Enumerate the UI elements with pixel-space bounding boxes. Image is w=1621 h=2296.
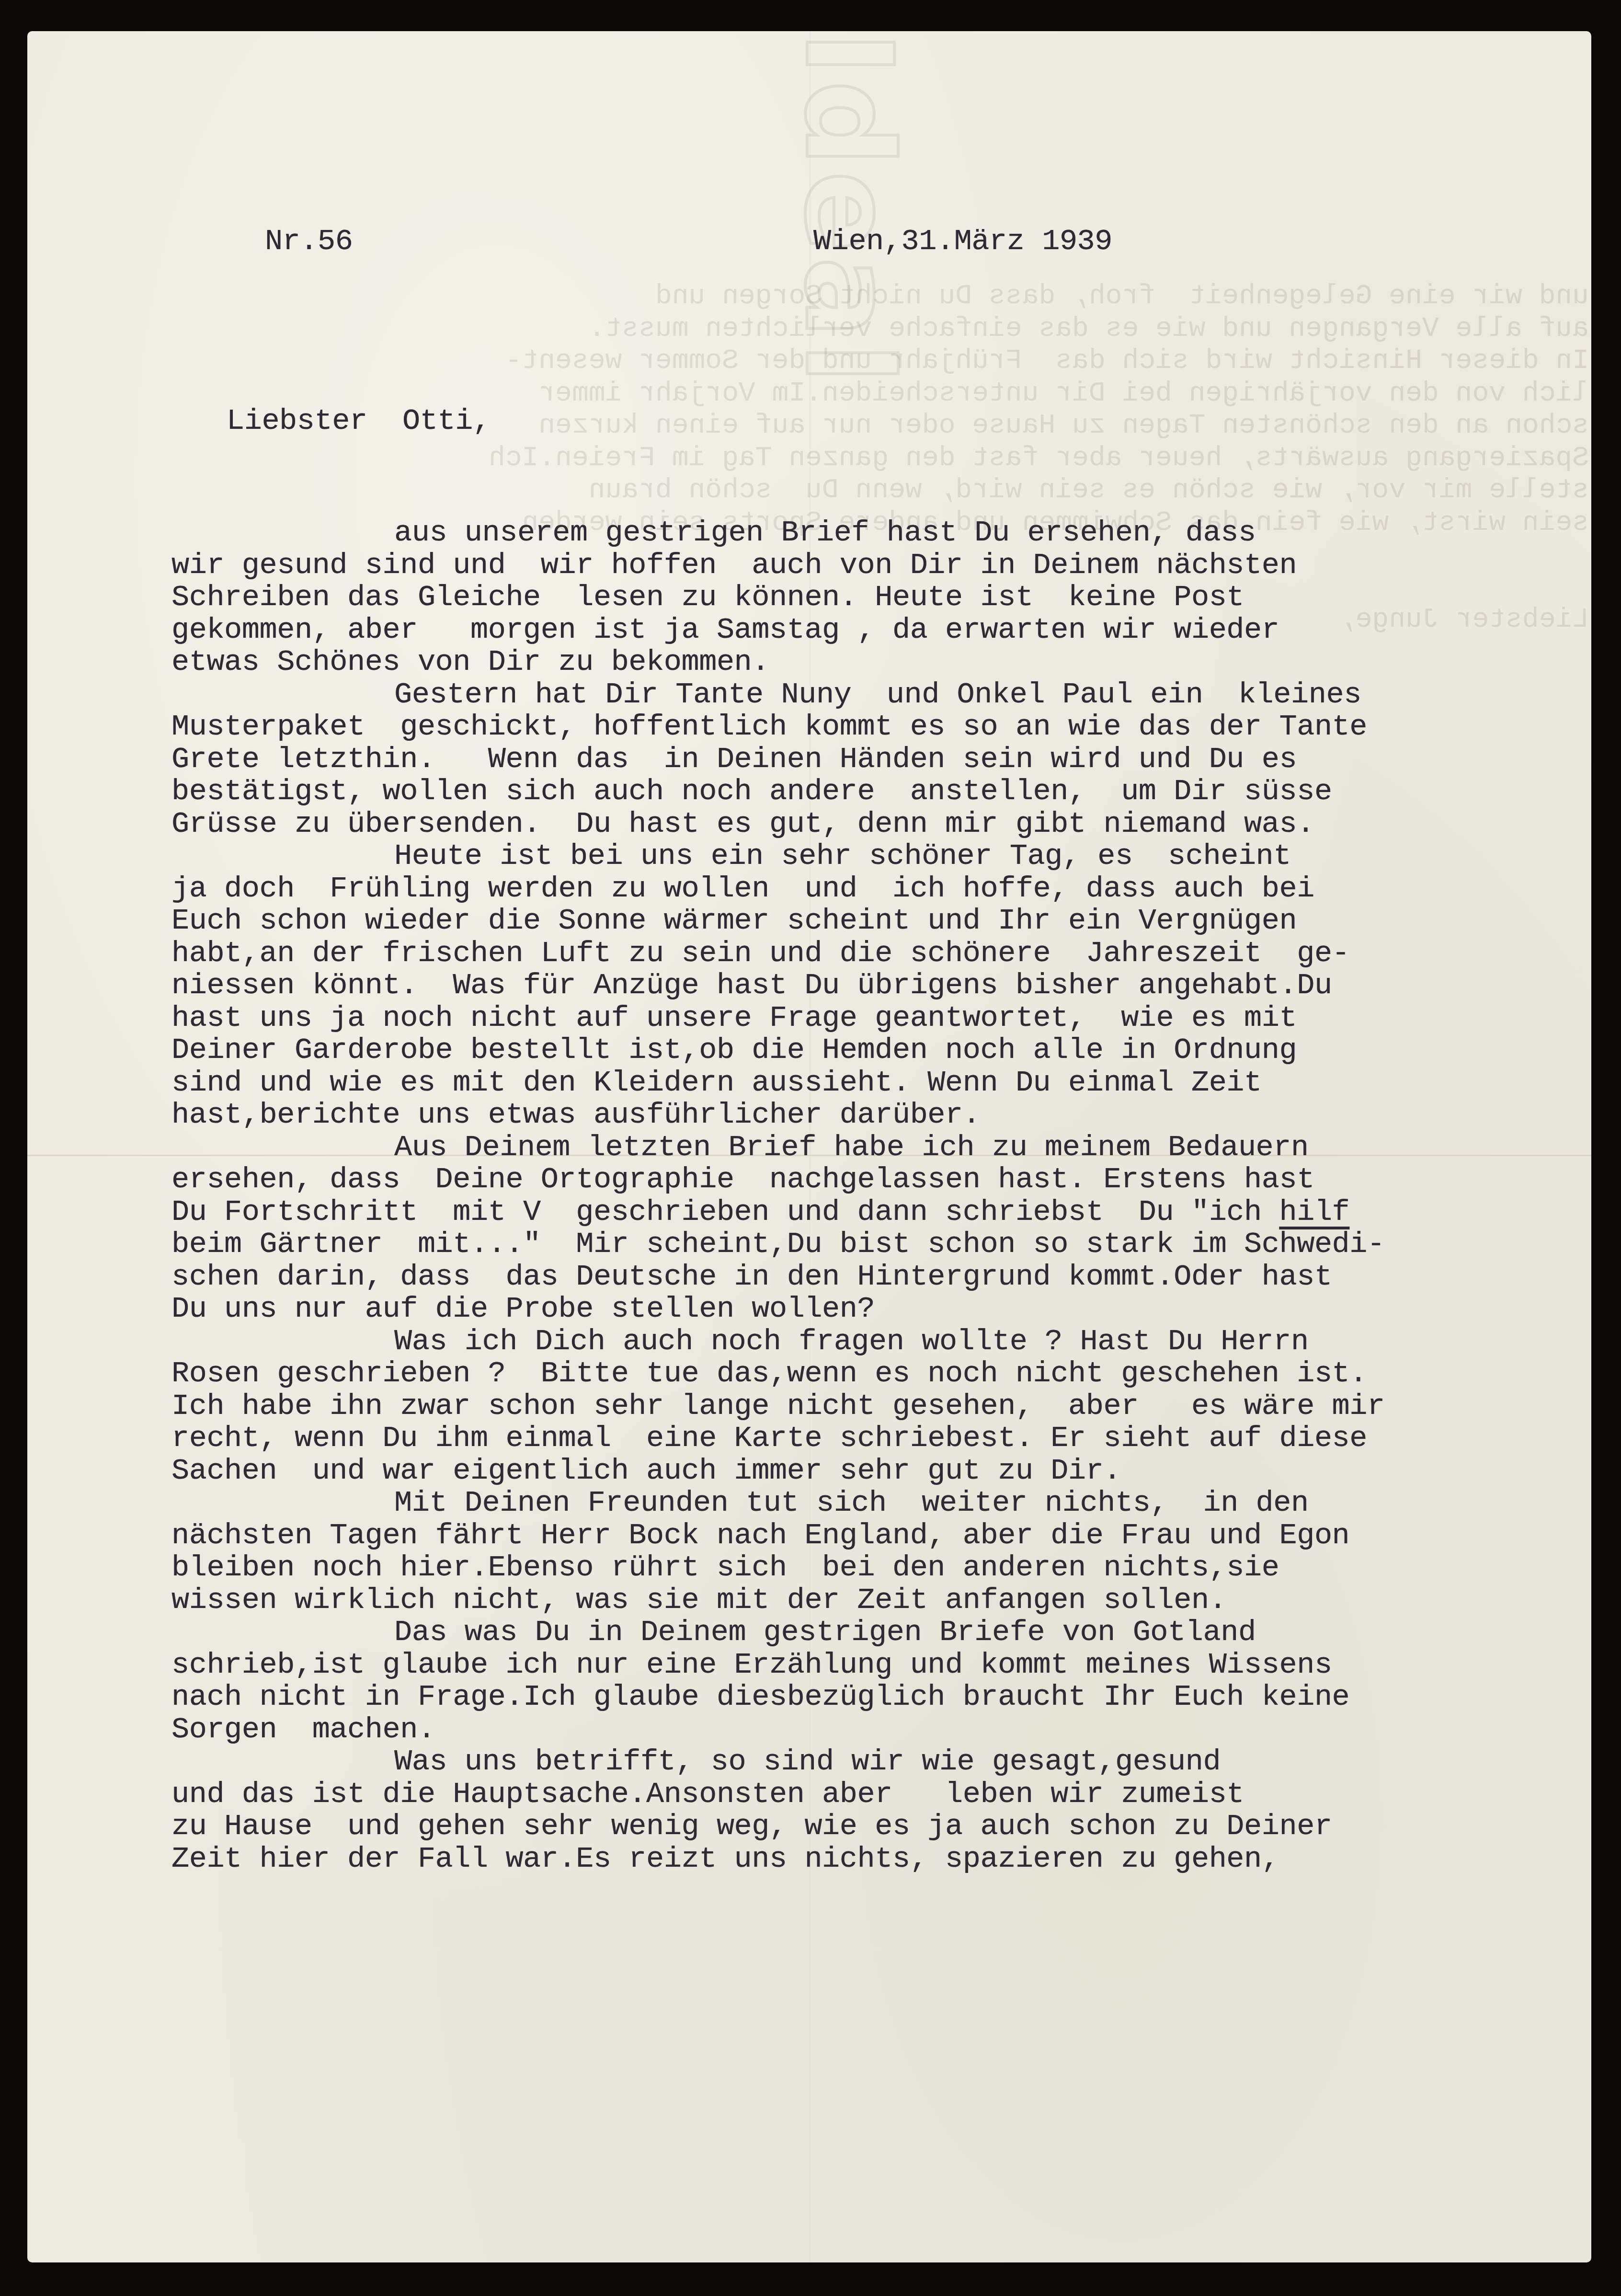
letter-line: Musterpaket geschickt, hoffentlich kommt… bbox=[171, 711, 1561, 743]
letter-line: hast,berichte uns etwas ausführlicher da… bbox=[171, 1099, 1561, 1131]
letter-line: recht, wenn Du ihm einmal eine Karte sch… bbox=[171, 1422, 1561, 1455]
bleed-through-line: auf alle Vergangen und wie es das einfac… bbox=[171, 313, 1589, 345]
letter-line: Heute ist bei uns ein sehr schöner Tag, … bbox=[171, 840, 1561, 872]
letter-line: schen darin, dass das Deutsche in den Hi… bbox=[171, 1261, 1561, 1293]
letter-line: Was uns betrifft, so sind wir wie gesagt… bbox=[171, 1745, 1561, 1778]
letter-line: Zeit hier der Fall war.Es reizt uns nich… bbox=[171, 1843, 1561, 1875]
letter-body: aus unserem gestrigen Brief hast Du erse… bbox=[171, 517, 1561, 1875]
letter-number: Nr.56 bbox=[265, 224, 353, 258]
letter-line: etwas Schönes von Dir zu bekommen. bbox=[171, 646, 1561, 678]
bleed-through-line: und wir eine Gelegenheit froh, dass Du n… bbox=[171, 280, 1589, 313]
letter-line: Schreiben das Gleiche lesen zu können. H… bbox=[171, 581, 1561, 614]
letter-line: schrieb,ist glaube ich nur eine Erzählun… bbox=[171, 1649, 1561, 1681]
letter-line: Euch schon wieder die Sonne wärmer schei… bbox=[171, 905, 1561, 937]
letter-line: habt,an der frischen Luft zu sein und di… bbox=[171, 937, 1561, 970]
letter-line: Mit Deinen Freunden tut sich weiter nich… bbox=[171, 1487, 1561, 1519]
letter-line: Grüsse zu übersenden. Du hast es gut, de… bbox=[171, 808, 1561, 840]
letter-line: Deiner Garderobe bestellt ist,ob die Hem… bbox=[171, 1034, 1561, 1067]
letter-line: niessen könnt. Was für Anzüge hast Du üb… bbox=[171, 969, 1561, 1002]
bleed-through-line: In dieser Hinsicht wird sich das Frühjah… bbox=[171, 345, 1589, 378]
letter-line: Gestern hat Dir Tante Nuny und Onkel Pau… bbox=[171, 678, 1561, 711]
letter-line: sind und wie es mit den Kleidern aussieh… bbox=[171, 1067, 1561, 1099]
letter-line: Grete letzthin. Wenn das in Deinen Hände… bbox=[171, 743, 1561, 776]
letter-line: Du Fortschritt mit V geschrieben und dan… bbox=[171, 1196, 1561, 1228]
bleed-through-line: stelle mir vor, wie schön es sein wird, … bbox=[171, 474, 1589, 507]
letter-line: bestätigst, wollen sich auch noch andere… bbox=[171, 775, 1561, 808]
letter-salutation: Liebster Otti, bbox=[227, 404, 491, 438]
letter-line: nächsten Tagen fährt Herr Bock nach Engl… bbox=[171, 1519, 1561, 1552]
bleed-through-line: Spaziergang auswärts, heuer aber fast de… bbox=[171, 442, 1589, 475]
letter-line: hast uns ja noch nicht auf unsere Frage … bbox=[171, 1002, 1561, 1034]
letter-line: Was ich Dich auch noch fragen wollte ? H… bbox=[171, 1325, 1561, 1358]
letter-line: ja doch Frühling werden zu wollen und ic… bbox=[171, 872, 1561, 905]
letter-line: Sorgen machen. bbox=[171, 1713, 1561, 1746]
letter-line: gekommen, aber morgen ist ja Samstag , d… bbox=[171, 614, 1561, 646]
letter-line: aus unserem gestrigen Brief hast Du erse… bbox=[171, 517, 1561, 549]
letter-line: Du uns nur auf die Probe stellen wollen? bbox=[171, 1293, 1561, 1325]
letter-line: bleiben noch hier.Ebenso rührt sich bei … bbox=[171, 1551, 1561, 1584]
letter-line: nach nicht in Frage.Ich glaube diesbezüg… bbox=[171, 1681, 1561, 1713]
underlined-word: hilf bbox=[1279, 1195, 1349, 1229]
letter-place-date: Wien,31.März 1939 bbox=[813, 224, 1112, 258]
letter-line: beim Gärtner mit..." Mir scheint,Du bist… bbox=[171, 1228, 1561, 1261]
letter-line: Sachen und war eigentlich auch immer seh… bbox=[171, 1455, 1561, 1487]
letter-line: Rosen geschrieben ? Bitte tue das,wenn e… bbox=[171, 1357, 1561, 1390]
letter-line: Ich habe ihn zwar schon sehr lange nicht… bbox=[171, 1390, 1561, 1423]
letter-line: ersehen, dass Deine Ortographie nachgela… bbox=[171, 1163, 1561, 1196]
letter-line: zu Hause und gehen sehr wenig weg, wie e… bbox=[171, 1810, 1561, 1843]
letter-line: Aus Deinem letzten Brief habe ich zu mei… bbox=[171, 1131, 1561, 1164]
letter-line: Das was Du in Deinem gestrigen Briefe vo… bbox=[171, 1616, 1561, 1649]
letter-line: wir gesund sind und wir hoffen auch von … bbox=[171, 549, 1561, 582]
letter-line: wissen wirklich nicht, was sie mit der Z… bbox=[171, 1584, 1561, 1617]
letter-line: und das ist die Hauptsache.Ansonsten abe… bbox=[171, 1778, 1561, 1811]
